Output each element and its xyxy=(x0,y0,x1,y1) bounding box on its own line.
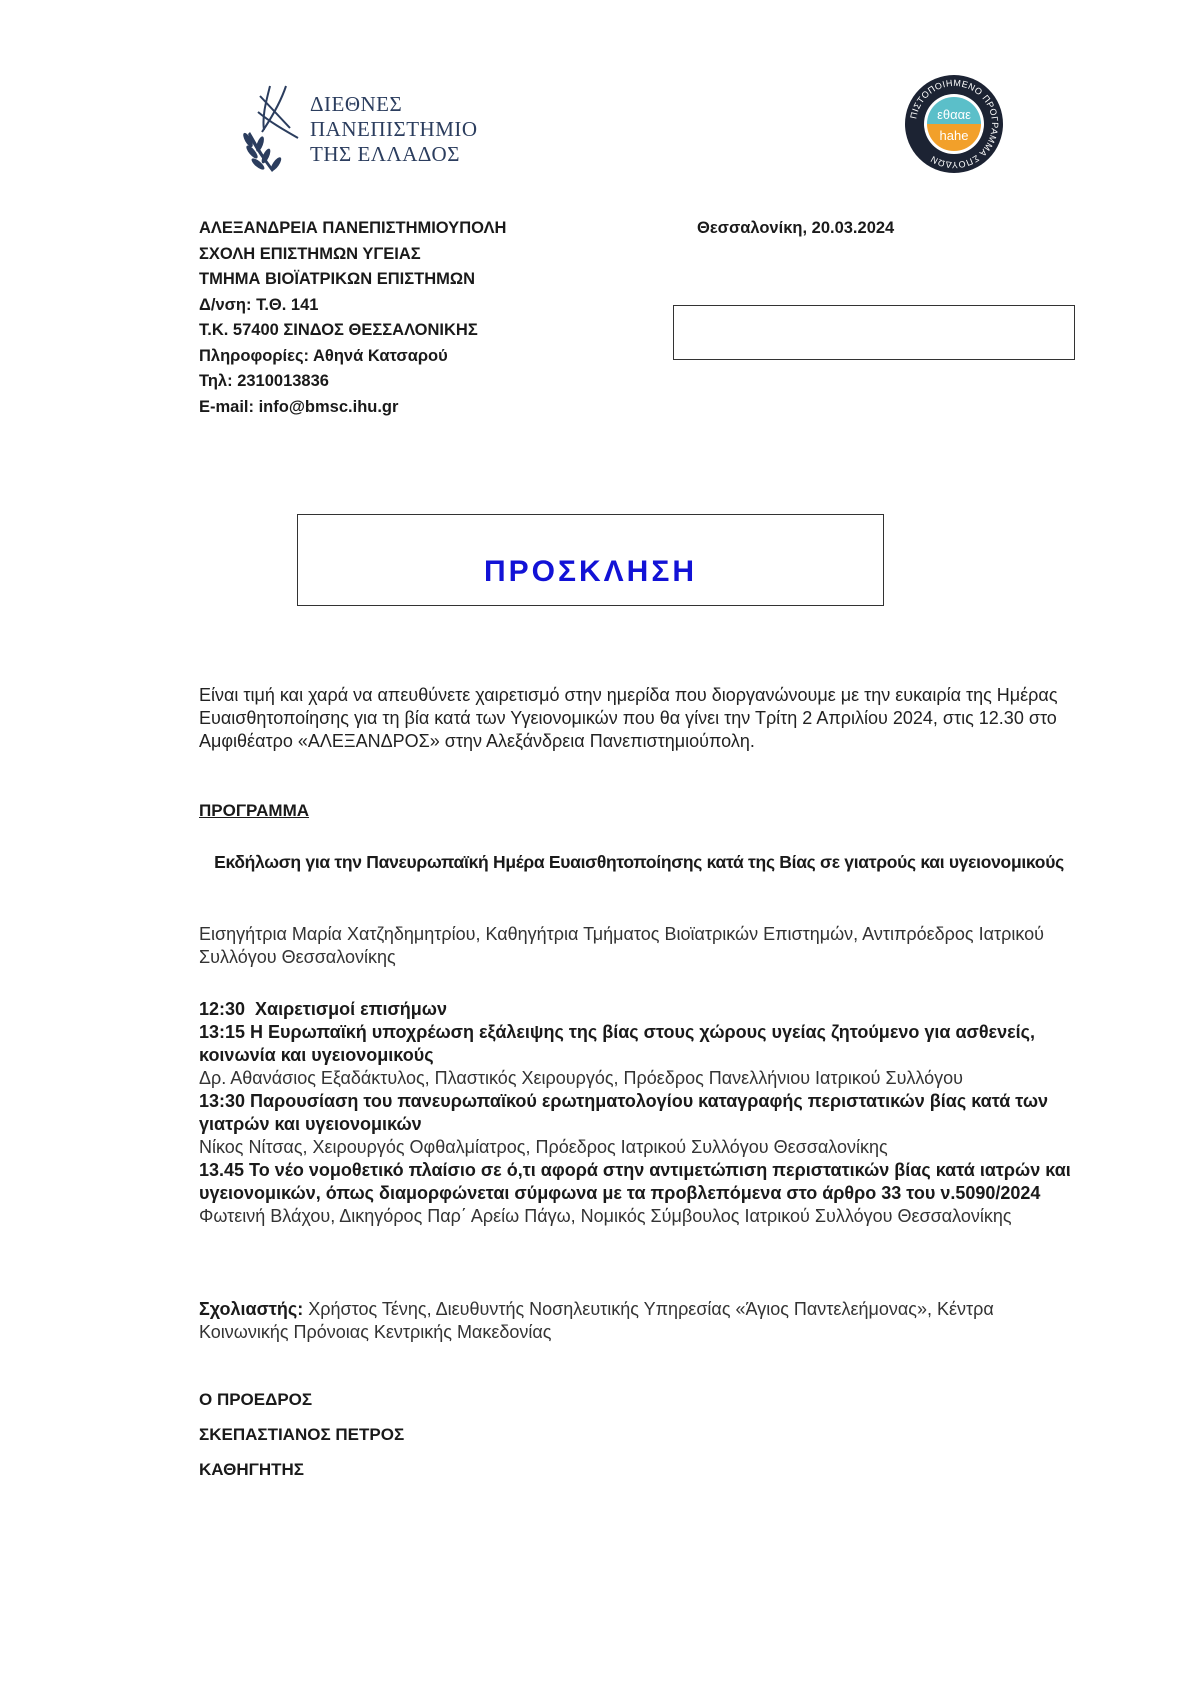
schedule-item-speaker: Φωτεινή Βλάχου, Δικηγόρος Παρ΄ Αρείω Πάγ… xyxy=(199,1205,1079,1228)
university-name-line: ΠΑΝΕΠΙΣΤΗΜΙΟ xyxy=(310,117,478,142)
accreditation-seal: ΠΙΣΤΟΠΟΙΗΜΕΝΟ ΠΡΟΓΡΑΜΜΑ ΣΠΟΥΔΩΝ εθααε ha… xyxy=(903,73,1005,175)
olive-branch-logo-icon xyxy=(240,82,302,174)
address-line: ΑΛΕΞΑΝΔΡΕΙΑ ΠΑΝΕΠΙΣΤΗΜΙΟΥΠΟΛΗ xyxy=(199,218,506,244)
keynote-speaker: Εισηγήτρια Μαρία Χατζηδημητρίου, Καθηγήτ… xyxy=(199,923,1079,969)
signatory-name: ΣΚΕΠΑΣΤΙΑΝΟΣ ΠΕΤΡΟΣ xyxy=(199,1425,404,1460)
university-name-line: ΔΙΕΘΝΕΣ xyxy=(310,92,478,117)
schedule-item-title: 13:30 Παρουσίαση του πανευρωπαϊκού ερωτη… xyxy=(199,1090,1079,1136)
university-logo: ΔΙΕΘΝΕΣ ΠΑΝΕΠΙΣΤΗΜΙΟ ΤΗΣ ΕΛΛΑΔΟΣ xyxy=(240,82,460,174)
event-title: Εκδήλωση για την Πανευρωπαϊκή Ημέρα Ευαι… xyxy=(199,850,1079,874)
schedule-item-title: 12:30 Χαιρετισμοί επισήμων xyxy=(199,998,1079,1021)
email-line: E-mail: info@bmsc.ihu.gr xyxy=(199,397,506,423)
signature-block: Ο ΠΡΟΕΔΡΟΣ ΣΚΕΠΑΣΤΙΑΝΟΣ ΠΕΤΡΟΣ ΚΑΘΗΓΗΤΗΣ xyxy=(199,1390,404,1495)
schedule-item-title: 13:15 Η Ευρωπαϊκή υποχρέωση εξάλειψης τη… xyxy=(199,1021,1079,1067)
address-line: Δ/νση: Τ.Θ. 141 xyxy=(199,295,506,321)
commentator-text: Χρήστος Τένης, Διευθυντής Νοσηλευτικής Υ… xyxy=(199,1299,994,1342)
signatory-title: ΚΑΘΗΓΗΤΗΣ xyxy=(199,1460,404,1495)
schedule-item: 13:15 Η Ευρωπαϊκή υποχρέωση εξάλειψης τη… xyxy=(199,1021,1079,1090)
recipient-box xyxy=(673,305,1075,360)
university-name: ΔΙΕΘΝΕΣ ΠΑΝΕΠΙΣΤΗΜΙΟ ΤΗΣ ΕΛΛΑΔΟΣ xyxy=(310,92,478,167)
address-line: ΣΧΟΛΗ ΕΠΙΣΤΗΜΩΝ ΥΓΕΙΑΣ xyxy=(199,244,506,270)
svg-text:εθααε: εθααε xyxy=(937,107,971,122)
address-line: Τηλ: 2310013836 xyxy=(199,371,506,397)
address-line: Τ.Κ. 57400 ΣΙΝΔΟΣ ΘΕΣΣΑΛΟΝΙΚΗΣ xyxy=(199,320,506,346)
title-box: ΠΡΟΣΚΛΗΣΗ xyxy=(297,514,884,606)
program-heading: ΠΡΟΓΡΑΜΜΑ xyxy=(199,801,309,821)
university-name-line: ΤΗΣ ΕΛΛΑΔΟΣ xyxy=(310,142,478,167)
schedule-item-speaker: Δρ. Αθανάσιος Εξαδάκτυλος, Πλαστικός Χει… xyxy=(199,1067,1079,1090)
accreditation-seal-icon: ΠΙΣΤΟΠΟΙΗΜΕΝΟ ΠΡΟΓΡΑΜΜΑ ΣΠΟΥΔΩΝ εθααε ha… xyxy=(903,73,1005,175)
schedule: 12:30 Χαιρετισμοί επισήμων 13:15 Η Ευρωπ… xyxy=(199,998,1079,1228)
schedule-item: 12:30 Χαιρετισμοί επισήμων xyxy=(199,998,1079,1021)
signatory-role: Ο ΠΡΟΕΔΡΟΣ xyxy=(199,1390,404,1425)
commentator-label: Σχολιαστής: xyxy=(199,1299,303,1319)
document-date: Θεσσαλονίκη, 20.03.2024 xyxy=(697,218,894,238)
schedule-item: 13.45 Το νέο νομοθετικό πλαίσιο σε ό,τι … xyxy=(199,1159,1079,1228)
intro-paragraph: Είναι τιμή και χαρά να απευθύνετε χαιρετ… xyxy=(199,684,1079,753)
commentator: Σχολιαστής: Χρήστος Τένης, Διευθυντής Νο… xyxy=(199,1298,1079,1344)
document-title: ΠΡΟΣΚΛΗΣΗ xyxy=(298,555,883,589)
svg-text:hahe: hahe xyxy=(940,128,969,143)
sender-address: ΑΛΕΞΑΝΔΡΕΙΑ ΠΑΝΕΠΙΣΤΗΜΙΟΥΠΟΛΗ ΣΧΟΛΗ ΕΠΙΣ… xyxy=(199,218,506,422)
address-line: Πληροφορίες: Αθηνά Κατσαρού xyxy=(199,346,506,372)
schedule-item-speaker: Νίκος Νίτσας, Χειρουργός Οφθαλμίατρος, Π… xyxy=(199,1136,1079,1159)
schedule-item-title: 13.45 Το νέο νομοθετικό πλαίσιο σε ό,τι … xyxy=(199,1159,1079,1205)
schedule-item: 13:30 Παρουσίαση του πανευρωπαϊκού ερωτη… xyxy=(199,1090,1079,1159)
address-line: ΤΜΗΜΑ ΒΙΟΪΑΤΡΙΚΩΝ ΕΠΙΣΤΗΜΩΝ xyxy=(199,269,506,295)
